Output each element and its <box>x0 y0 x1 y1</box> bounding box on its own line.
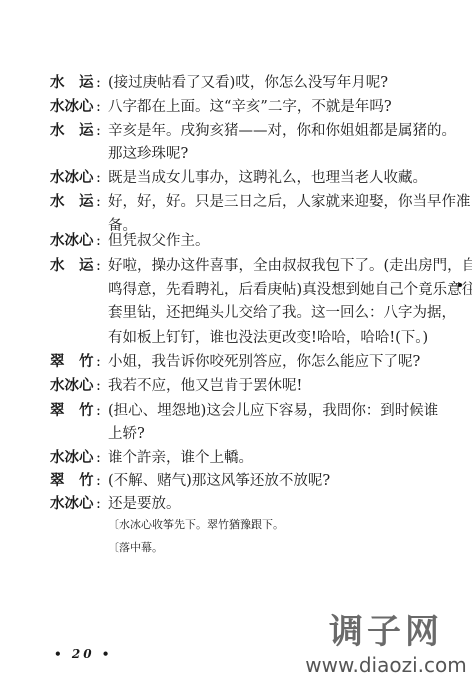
dialogue-text: 有如板上钉钉，谁也没法更改变!哈哈，哈哈!(下。) <box>108 327 428 349</box>
colon: : <box>96 167 101 189</box>
colon: : <box>96 72 101 94</box>
dialogue-text: 那这珍珠呢? <box>108 143 188 165</box>
dialogue-text: 谁个許亲，谁个上轎。 <box>108 447 253 469</box>
script-page: 水 运 : (接过庚帖看了又看)哎，你怎么没写年月呢? 水冰心 : 八字都在上面… <box>0 0 472 690</box>
colon: : <box>96 255 101 277</box>
dialogue-text: 上轿? <box>108 423 145 445</box>
dialogue-text: 好啦，操办这件喜事，全由叔叔我包下了。(走出房門，自 <box>108 255 472 277</box>
watermark-url: www.diaozi.com <box>300 652 472 678</box>
dialogue-text: 套里钻，还把绳头儿交给了我。这一回么：八字为据， <box>108 302 456 324</box>
colon: : <box>96 230 101 252</box>
watermark-title: 调子网 <box>300 612 472 652</box>
colon: : <box>96 447 101 469</box>
watermark: 调子网 www.diaozi.com <box>300 612 472 678</box>
colon: : <box>96 351 101 373</box>
dialogue-text: 辛亥是年。戌狗亥猪——对，你和你姐姐都是属猪的。 <box>108 120 456 142</box>
dialogue-text: 我若不应，他又岂肯于罢休呢! <box>108 375 302 397</box>
page-number: • 20 • <box>54 647 112 661</box>
dialogue-text: 小姐，我告诉你咬死别答应，你怎么能应下了呢? <box>108 351 420 373</box>
stage-direction-text: 〔落中幕。 <box>108 537 163 559</box>
dialogue-text: (不解、赌气)那这风筝还放不放呢? <box>108 470 330 492</box>
colon: : <box>96 375 101 397</box>
dialogue-text: 但凭叔父作主。 <box>108 230 210 252</box>
dialogue-text: 八字都在上面。这“辛亥”二字，不就是年吗? <box>108 96 392 118</box>
colon: : <box>96 120 101 142</box>
dialogue-text: (接过庚帖看了又看)哎，你怎么没写年月呢? <box>108 72 388 94</box>
stage-direction-text: 〔水冰心收筝先下。翠竹猶豫跟下。 <box>108 514 284 536</box>
dialogue-text: 还是要放。 <box>108 493 181 515</box>
colon: : <box>96 470 101 492</box>
dialogue-text: (担心、埋怨地)这会儿应下容易，我問你：到时候谁 <box>108 400 438 422</box>
margin-dot <box>458 283 462 287</box>
colon: : <box>96 400 101 422</box>
dialogue-text: 鸣得意，先看聘礼，后看庚帖)真没想到她自己个竟乐意往圈 <box>108 279 472 301</box>
colon: : <box>96 96 101 118</box>
dialogue-text: 好，好，好。只是三日之后，人家就来迎娶，你当早作准 <box>108 191 471 213</box>
colon: : <box>96 493 101 515</box>
colon: : <box>96 191 101 213</box>
dialogue-text: 既是当成女儿事办，这聘礼么，也理当老人收藏。 <box>108 167 427 189</box>
